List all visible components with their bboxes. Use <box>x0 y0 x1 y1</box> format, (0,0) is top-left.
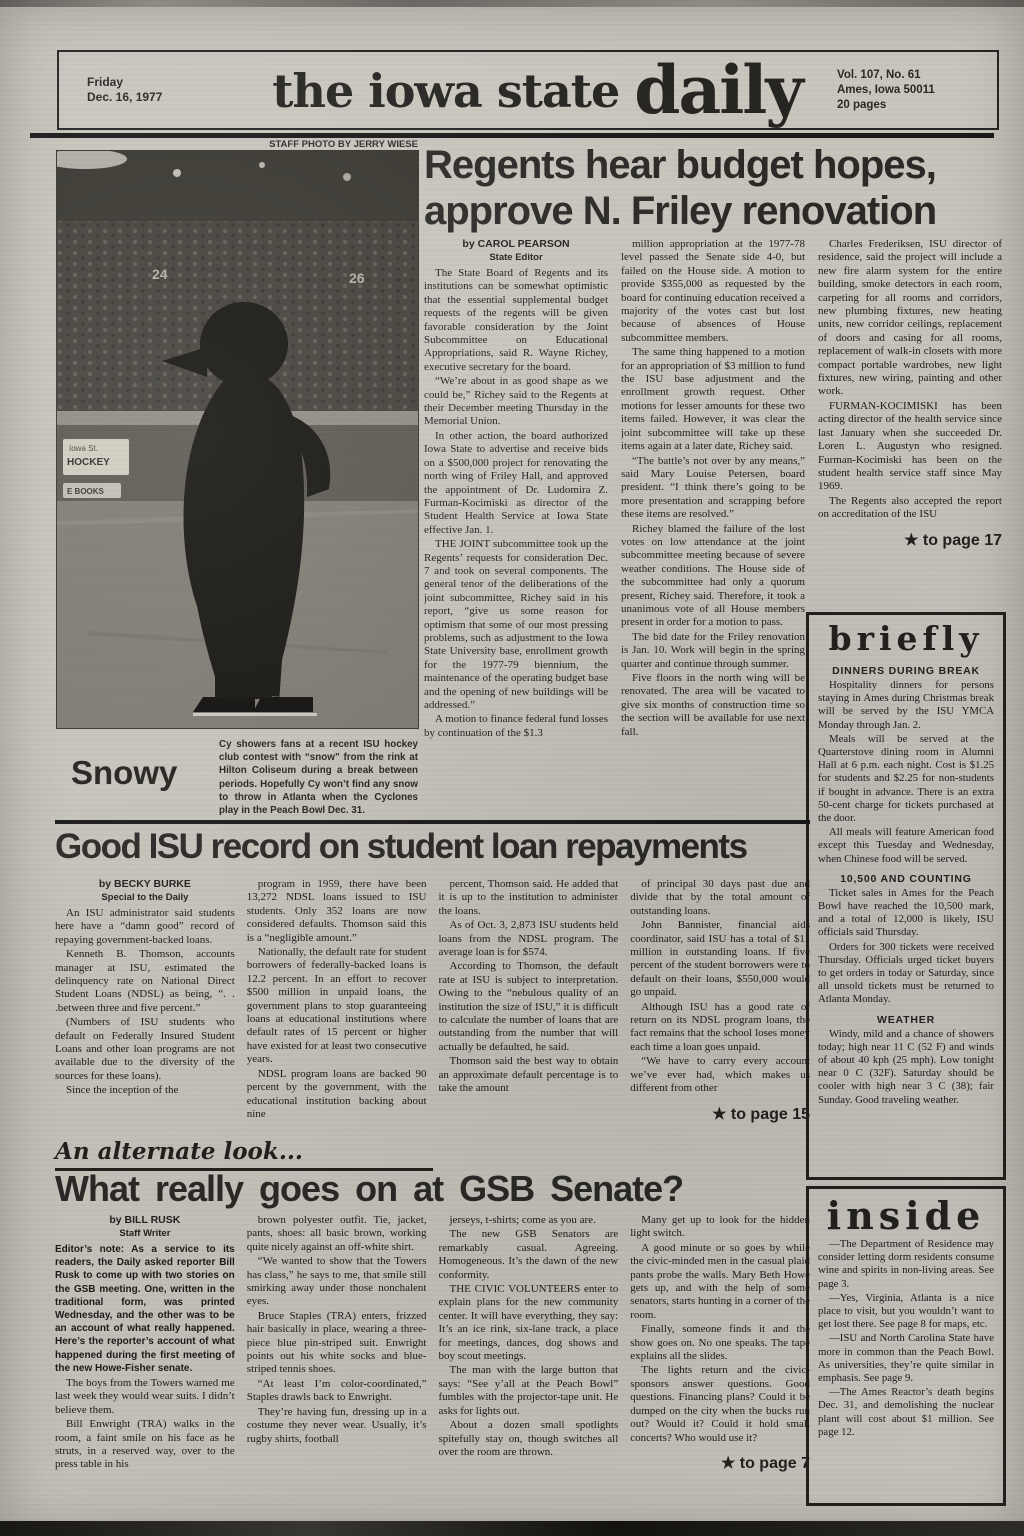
loan-column-3-text: percent, Thomson said. He added that it … <box>439 878 619 1096</box>
regents-byline: by CAROL PEARSON State Editor <box>424 238 608 264</box>
loan-column-4: of principal 30 days past due and divide… <box>630 878 810 1134</box>
gsb-byline: by BILL RUSK Staff Writer <box>55 1214 235 1240</box>
books-sign-text: E BOOKS <box>67 487 105 496</box>
briefly-heading-counting: 10,500 AND COUNTING <box>818 873 994 885</box>
masthead-title-bold: daily <box>634 51 801 129</box>
briefly-counting-text: Ticket sales in Ames for the Peach Bowl … <box>818 887 994 1007</box>
loan-column-2: program in 1959, there have been 13,272 … <box>247 878 427 1134</box>
page-count: 20 pages <box>837 98 997 113</box>
newspaper-front-page: Friday Dec. 16, 1977 the iowa state dail… <box>0 0 1024 1536</box>
photo-caption-row: Snowy Cy showers fans at a recent ISU ho… <box>57 736 418 817</box>
loan-column-1: by BECKY BURKE Special to the Daily An I… <box>55 878 235 1134</box>
gsb-kicker: An alternate look... <box>55 1138 433 1171</box>
gsb-jump-line: ★ to page 7 <box>630 1453 810 1473</box>
city-zip: Ames, Iowa 50011 <box>837 83 997 98</box>
scan-edge-top <box>0 0 1024 7</box>
gsb-column-1: by BILL RUSK Staff Writer Editor’s note:… <box>55 1214 235 1510</box>
board-number-24: 24 <box>152 266 168 282</box>
regents-byline-title: State Editor <box>489 252 542 263</box>
regents-column-2: million appropriation at the 1977-78 lev… <box>621 238 805 836</box>
regents-column-1-text: The State Board of Regents and its insti… <box>424 267 608 740</box>
loan-headline: Good ISU record on student loan repaymen… <box>55 826 810 868</box>
gsb-column-4-text: Many get up to look for the hidden light… <box>630 1214 810 1445</box>
inside-box: inside —The Department of Residence may … <box>806 1186 1006 1506</box>
regents-column-3-text: Charles Frederiksen, ISU director of res… <box>818 238 1002 522</box>
gsb-column-1-text: The boys from the Towers warned me last … <box>55 1377 235 1472</box>
regents-headline: Regents hear budget hopes, approve N. Fr… <box>424 142 1002 234</box>
photo-illustration: 24 26 Iowa St. HOCKEY E BOOKS <box>57 151 418 728</box>
loan-column-4-text: of principal 30 days past due and divide… <box>630 878 810 1096</box>
briefly-dinners-text: Hospitality dinners for persons staying … <box>818 679 994 866</box>
volume-number: Vol. 107, No. 61 <box>837 68 997 83</box>
gsb-column-4: Many get up to look for the hidden light… <box>630 1214 810 1510</box>
masthead-rule <box>30 133 994 138</box>
main-photo: 24 26 Iowa St. HOCKEY E BOOKS <box>57 151 418 728</box>
gsb-article: by BILL RUSK Staff Writer Editor’s note:… <box>55 1214 810 1510</box>
loan-byline-name: by BECKY BURKE <box>99 878 191 890</box>
photo-credit: STAFF PHOTO BY JERRY WIESE <box>230 139 418 150</box>
board-number-26: 26 <box>349 270 365 286</box>
masthead: Friday Dec. 16, 1977 the iowa state dail… <box>57 50 999 130</box>
issue-date: Friday Dec. 16, 1977 <box>59 75 237 105</box>
loan-rule <box>55 820 810 824</box>
gsb-column-3: jerseys, t-shirts; come as you are.The n… <box>439 1214 619 1510</box>
regents-column-1: by CAROL PEARSON State Editor The State … <box>424 238 608 836</box>
gsb-editors-note: Editor’s note: As a service to its reade… <box>55 1243 235 1375</box>
regents-headline-line1: Regents hear budget hopes, <box>424 142 1002 188</box>
gsb-byline-name: by BILL RUSK <box>109 1214 180 1226</box>
regents-jump-line: ★ to page 17 <box>818 530 1002 550</box>
briefly-weather-text: Windy, mild and a chance of showers toda… <box>818 1028 994 1107</box>
gsb-headline: What really goes on at GSB Senate? <box>55 1168 815 1210</box>
gsb-column-2-text: brown polyester outfit. Tie, jacket, pan… <box>247 1214 427 1446</box>
briefly-box: briefly DINNERS DURING BREAK Hospitality… <box>806 612 1006 1180</box>
regents-byline-name: by CAROL PEARSON <box>462 238 569 250</box>
loan-byline: by BECKY BURKE Special to the Daily <box>55 878 235 904</box>
briefly-heading-weather: WEATHER <box>818 1014 994 1026</box>
volume-info: Vol. 107, No. 61 Ames, Iowa 50011 20 pag… <box>837 68 997 113</box>
gsb-column-3-text: jerseys, t-shirts; come as you are.The n… <box>439 1214 619 1459</box>
regents-column-2-text: million appropriation at the 1977-78 lev… <box>621 238 805 739</box>
caption-label: Snowy <box>57 736 219 817</box>
regents-headline-line2: approve N. Friley renovation <box>424 188 1002 234</box>
inside-title: inside <box>818 1193 994 1238</box>
issue-date-text: Dec. 16, 1977 <box>87 90 237 105</box>
inside-items: —The Department of Residence may conside… <box>818 1238 994 1439</box>
briefly-heading-dinners: DINNERS DURING BREAK <box>818 665 994 677</box>
loan-jump-line: ★ to page 15 <box>630 1104 810 1124</box>
loan-article: by BECKY BURKE Special to the Daily An I… <box>55 878 810 1134</box>
briefly-title: briefly <box>818 619 994 658</box>
loan-column-1-text: An ISU administrator said students here … <box>55 907 235 1098</box>
scan-edge-bottom <box>0 1521 1024 1536</box>
gsb-byline-title: Staff Writer <box>119 1228 170 1239</box>
hockey-sign-text: HOCKEY <box>67 457 110 468</box>
loan-column-2-text: program in 1959, there have been 13,272 … <box>247 878 427 1121</box>
loan-byline-title: Special to the Daily <box>101 892 188 903</box>
masthead-title-regular: the iowa state <box>272 64 634 118</box>
photo-caption: Cy showers fans at a recent ISU hockey c… <box>219 736 418 817</box>
gsb-column-2: brown polyester outfit. Tie, jacket, pan… <box>247 1214 427 1510</box>
loan-column-3: percent, Thomson said. He added that it … <box>439 878 619 1134</box>
issue-day: Friday <box>87 75 237 90</box>
masthead-title: the iowa state daily <box>237 51 837 129</box>
svg-text:Iowa St.: Iowa St. <box>69 444 98 453</box>
